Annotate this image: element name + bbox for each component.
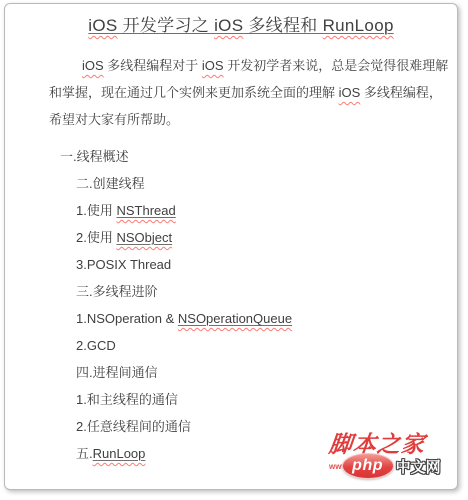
title-word-ios-2: iOS (214, 16, 243, 35)
word-ios: iOS (339, 85, 361, 100)
toc-link-runloop[interactable]: RunLoop (93, 446, 146, 461)
toc-item-nsthread: 1.使用 NSThread (76, 197, 433, 224)
text-run: 希望对大家有所帮助。 (49, 112, 179, 127)
title-underlined-text: iOS 开发学习之 iOS 多线程和 RunLoop (88, 16, 393, 35)
toc-item-runloop: 五.RunLoop (76, 440, 433, 467)
text-run: 开发初学者来说，总是会觉得很难理解 (224, 58, 449, 73)
text-run: 1.NSOperation & (76, 311, 178, 326)
text-run: 四.进程间通信 (76, 365, 158, 380)
toc-item-multithread-advanced: 三.多线程进阶 (76, 278, 433, 305)
toc-link-text: NSThread (116, 203, 175, 218)
text-run: 一.线程概述 (60, 149, 129, 164)
paragraph-line: 和掌握，现在通过几个实例来更加系统全面的理解 iOS 多线程编程， (49, 79, 433, 106)
page-title: iOS 开发学习之 iOS 多线程和 RunLoop (49, 14, 433, 38)
text-run: 2.任意线程间的通信 (76, 419, 191, 434)
title-text-run: 多线程和 (243, 16, 322, 35)
toc-link-nsobject[interactable]: NSObject (116, 230, 172, 245)
toc-link-text: NSOperationQueue (178, 311, 292, 326)
text-run: 3.POSIX Thread (76, 257, 171, 272)
text-run: 2.GCD (76, 338, 116, 353)
text-run: 和掌握，现在通过几个实例来更加系统全面的理解 (49, 85, 339, 100)
toc-item-ipc: 四.进程间通信 (76, 359, 433, 386)
text-run: 2.使用 (76, 230, 116, 245)
toc-list: 一.线程概述 二.创建线程 1.使用 NSThread 2.使用 NSObjec… (49, 143, 433, 467)
toc-item-posix-thread: 3.POSIX Thread (76, 251, 433, 278)
document-page: iOS 开发学习之 iOS 多线程和 RunLoop iOS 多线程编程对于 i… (4, 3, 458, 490)
text-run: 三.多线程进阶 (76, 284, 158, 299)
toc-link-text: NSObject (116, 230, 172, 245)
toc-item-main-thread-comm: 1.和主线程的通信 (76, 386, 433, 413)
text-run: 多线程编程， (360, 85, 442, 100)
toc-link-text: RunLoop (93, 446, 146, 461)
toc-link-nsthread[interactable]: NSThread (116, 203, 175, 218)
toc-item-any-thread-comm: 2.任意线程间的通信 (76, 413, 433, 440)
text-run: 二.创建线程 (76, 176, 145, 191)
toc-item-create-thread: 二.创建线程 (76, 170, 433, 197)
title-text-run: 开发学习之 (118, 16, 215, 35)
text-run: 多线程编程对于 (104, 58, 202, 73)
paragraph-line: 希望对大家有所帮助。 (49, 106, 433, 133)
toc-link-nsoperationqueue[interactable]: NSOperationQueue (178, 311, 292, 326)
toc-item-gcd: 2.GCD (76, 332, 433, 359)
toc-item-thread-overview: 一.线程概述 (60, 143, 433, 170)
title-word-runloop: RunLoop (323, 16, 394, 35)
toc-item-nsobject: 2.使用 NSObject (76, 224, 433, 251)
text-run: 1.使用 (76, 203, 116, 218)
toc-item-nsoperation: 1.NSOperation & NSOperationQueue (76, 305, 433, 332)
intro-paragraph: iOS 多线程编程对于 iOS 开发初学者来说，总是会觉得很难理解 和掌握，现在… (49, 52, 433, 133)
word-ios: iOS (202, 58, 224, 73)
text-run: 1.和主线程的通信 (76, 392, 178, 407)
word-ios: iOS (82, 58, 104, 73)
title-word-ios-1: iOS (88, 16, 117, 35)
paragraph-line: iOS 多线程编程对于 iOS 开发初学者来说，总是会觉得很难理解 (49, 52, 433, 79)
text-run: 五. (76, 446, 93, 461)
